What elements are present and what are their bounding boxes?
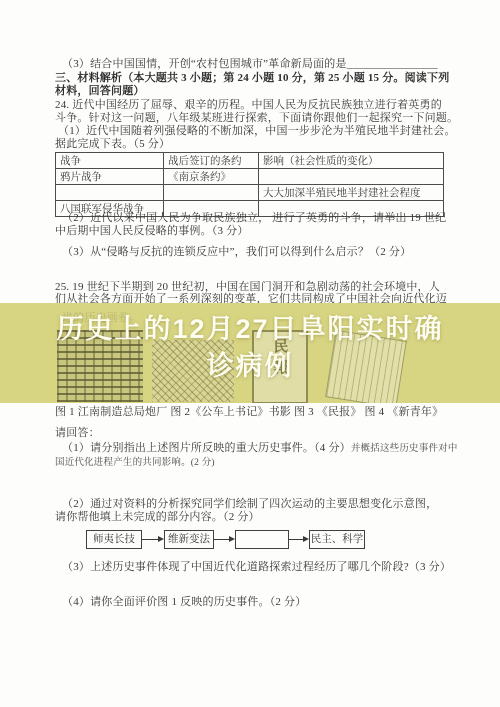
table-row: 鸦片战争 《南京条约》 — [56, 169, 444, 185]
banner-title-line2: 诊病例 — [0, 348, 500, 385]
question-25-1-cont: 国近代化进程产生的共同影响。(2 分) — [55, 457, 215, 470]
question-25-3: （3）上述历史事件体现了中国近代化道路探索过程经历了哪几个阶段?（3 分） — [62, 561, 451, 574]
table-cell — [259, 169, 444, 185]
section-heading-line2: 材料，回答问题） — [55, 85, 145, 98]
table-cell: 《南京条约》 — [164, 169, 259, 185]
question-25-2b: 请你帮他填上未完成的部分内容。（2 分） — [55, 511, 260, 524]
question-24-3: （3）从“侵略与反抗的连锁反应中”，我们可以得到什么启示？（2 分） — [62, 246, 411, 259]
section-heading-line1: 三、材料解析（本大题共 3 小题；第 24 小题 10 分，第 25 小题 15… — [55, 72, 449, 85]
question-24-intro-1: 24. 近代中国经历了屈辱、艰辛的历程。中国人民为反抗民族独立进行着英勇的 — [55, 99, 442, 112]
banner-title: 历史上的12月27日阜阳实时确 诊病例 — [0, 311, 500, 385]
answer-table: 战争 战后签订的条约 影响（社会性质的变化） 鸦片战争 《南京条约》 大大加深半… — [55, 152, 444, 217]
please-answer: 请回答： — [55, 427, 100, 440]
question-25-2a: （2）通过对资料的分析探究同学们绘制了四次运动的主要思想变化示意图， — [62, 498, 437, 511]
flow-box-1: 师夷长技 — [86, 530, 142, 549]
question-24-1a: （1）近代中国随着列强侵略的不断加深，中国一步步沦为半殖民地半封建社会。 — [58, 125, 456, 138]
table-row: 大大加深半殖民地半封建社会程度 — [56, 185, 444, 201]
figure-caption: 图 1 江南制造总局炮厂 图 2《公车上书记》书影 图 3 《民报》 图 4 《… — [55, 406, 443, 419]
flow-box-4: 民主、科学 — [309, 530, 365, 549]
question-23-3: （3）结合中国国情，开创“农村包围城市”革命新局面的是_____________… — [62, 58, 438, 71]
table-cell: 战后签订的条约 — [164, 153, 259, 169]
arrow-right-icon — [214, 539, 233, 540]
question-25-4: （4）请你全面评价图 1 反映的历史事件。（2 分） — [62, 596, 306, 609]
flow-box-2: 维新变法 — [164, 530, 214, 549]
table-cell: 影响（社会性质的变化） — [259, 153, 444, 169]
table-cell: 大大加深半殖民地半封建社会程度 — [259, 185, 444, 201]
question-24-intro-2: 斗争。针对这一问题，八年级某班进行探索，下面请你跟他们一起探究一下问题。 — [55, 112, 458, 125]
flow-box-3-empty — [235, 530, 289, 549]
question-25-1-small: 并概括这些历史事件对中 — [351, 444, 458, 454]
question-24-2b: 中后期中国人民反侵略的事例。（3 分） — [55, 225, 249, 238]
arrow-right-icon — [289, 539, 307, 540]
question-25-1: （1）请分别指出上述图片所反映的重大历史事件。（4 分）并概括这些历史事件对中 — [62, 442, 458, 456]
overlay-banner: 进的历史画卷。 民報 历史上的12月27日阜阳实时确 诊病例 — [0, 303, 500, 403]
arrow-right-icon — [142, 539, 162, 540]
table-cell: 鸦片战争 — [56, 169, 164, 185]
table-cell: 战争 — [56, 153, 164, 169]
question-24-1b: 据此完成下表。（5 分） — [55, 138, 170, 151]
table-cell — [164, 185, 259, 201]
question-24-2a: （2）近代以来中国人民为争取民族独立， 进行了英勇的斗争，请举出 19 世纪 — [62, 212, 446, 225]
question-25-1-main: （1）请分别指出上述图片所反映的重大历史事件。（4 分） — [62, 442, 351, 454]
exam-paper-page: （3）结合中国国情，开创“农村包围城市”革命新局面的是_____________… — [0, 0, 500, 707]
table-cell — [56, 185, 164, 201]
banner-title-line1: 历史上的12月27日阜阳实时确 — [0, 311, 500, 348]
table-row: 战争 战后签订的条约 影响（社会性质的变化） — [56, 153, 444, 169]
